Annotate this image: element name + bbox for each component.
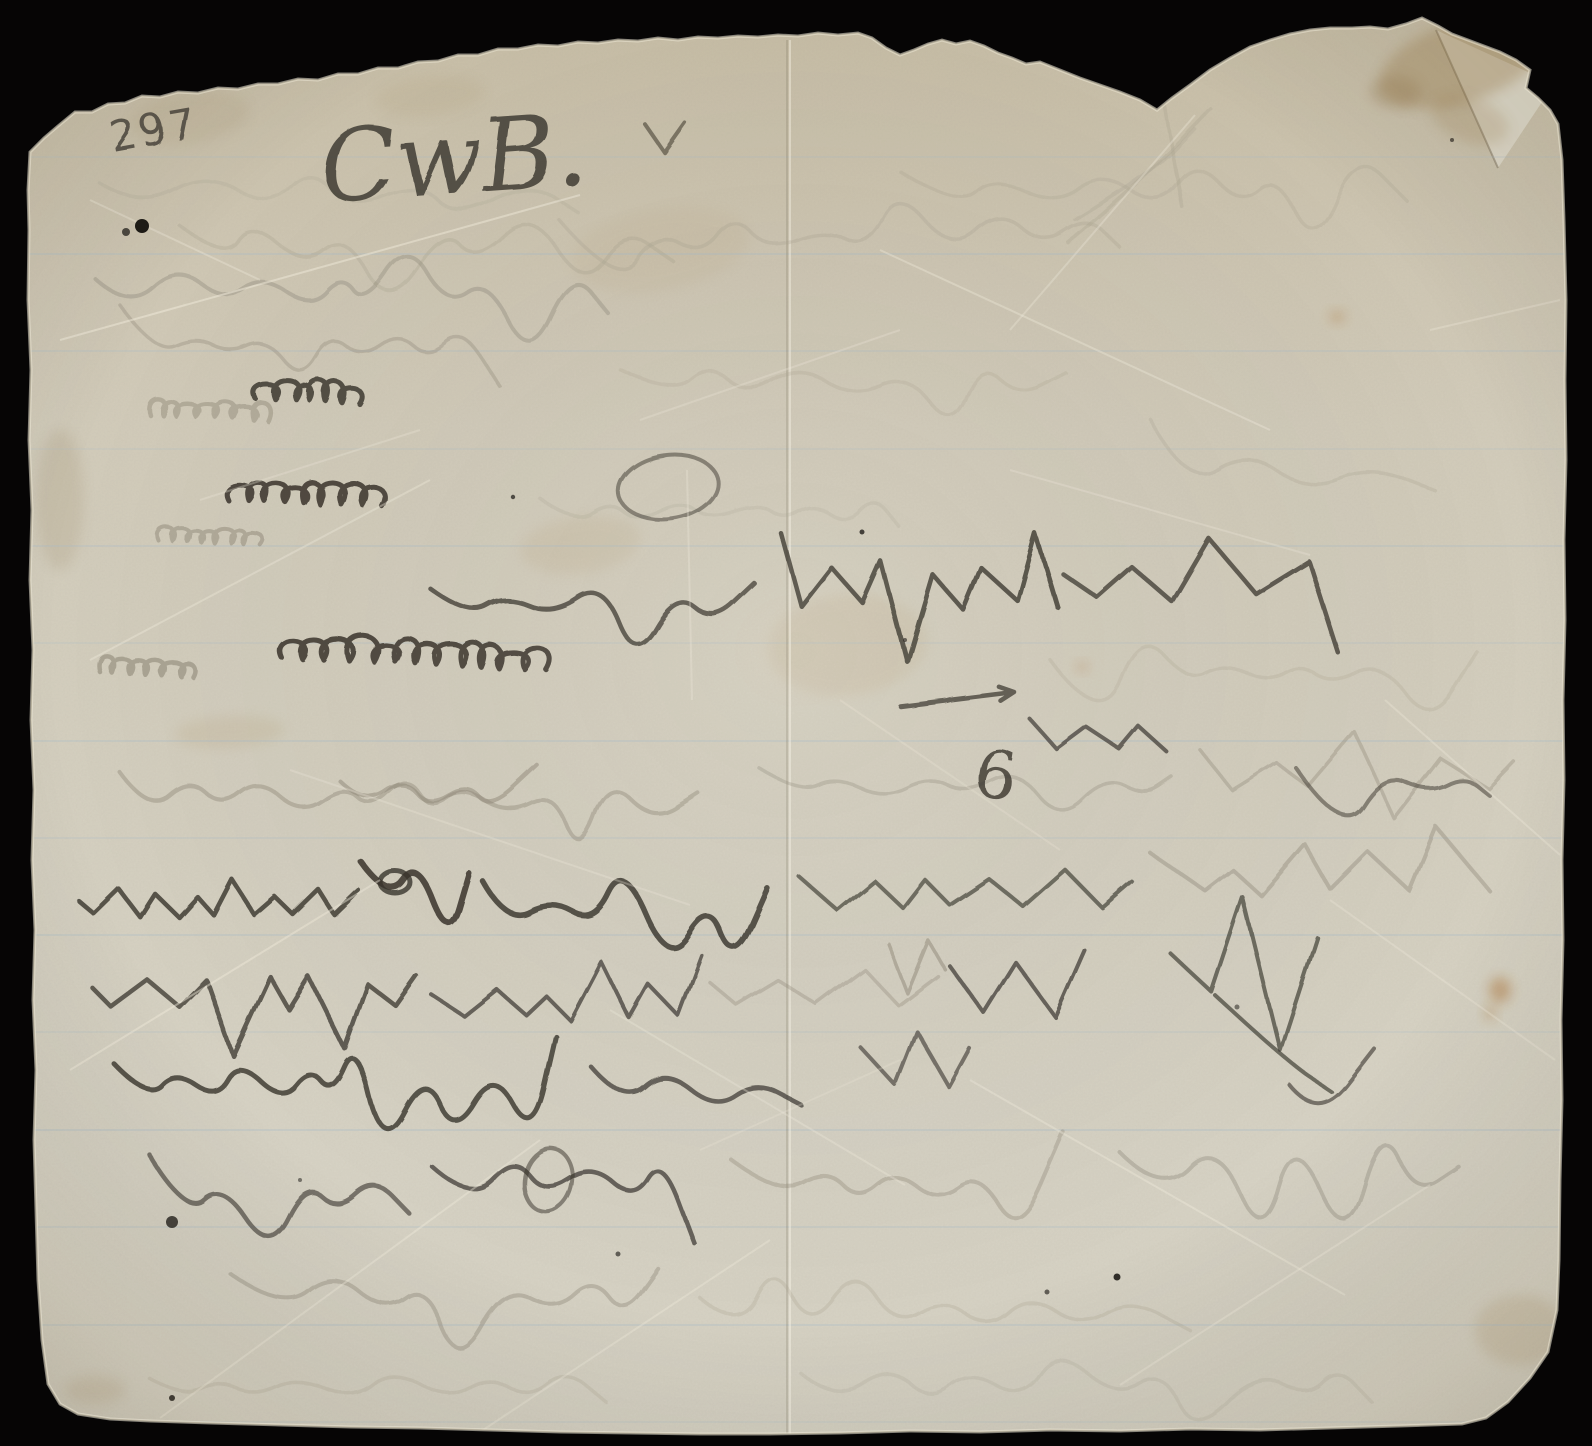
scan-background: 297 CwB. 6 <box>0 0 1592 1446</box>
manuscript-scan: 297 CwB. 6 <box>0 0 1592 1446</box>
edge-vignette <box>0 0 1592 1446</box>
